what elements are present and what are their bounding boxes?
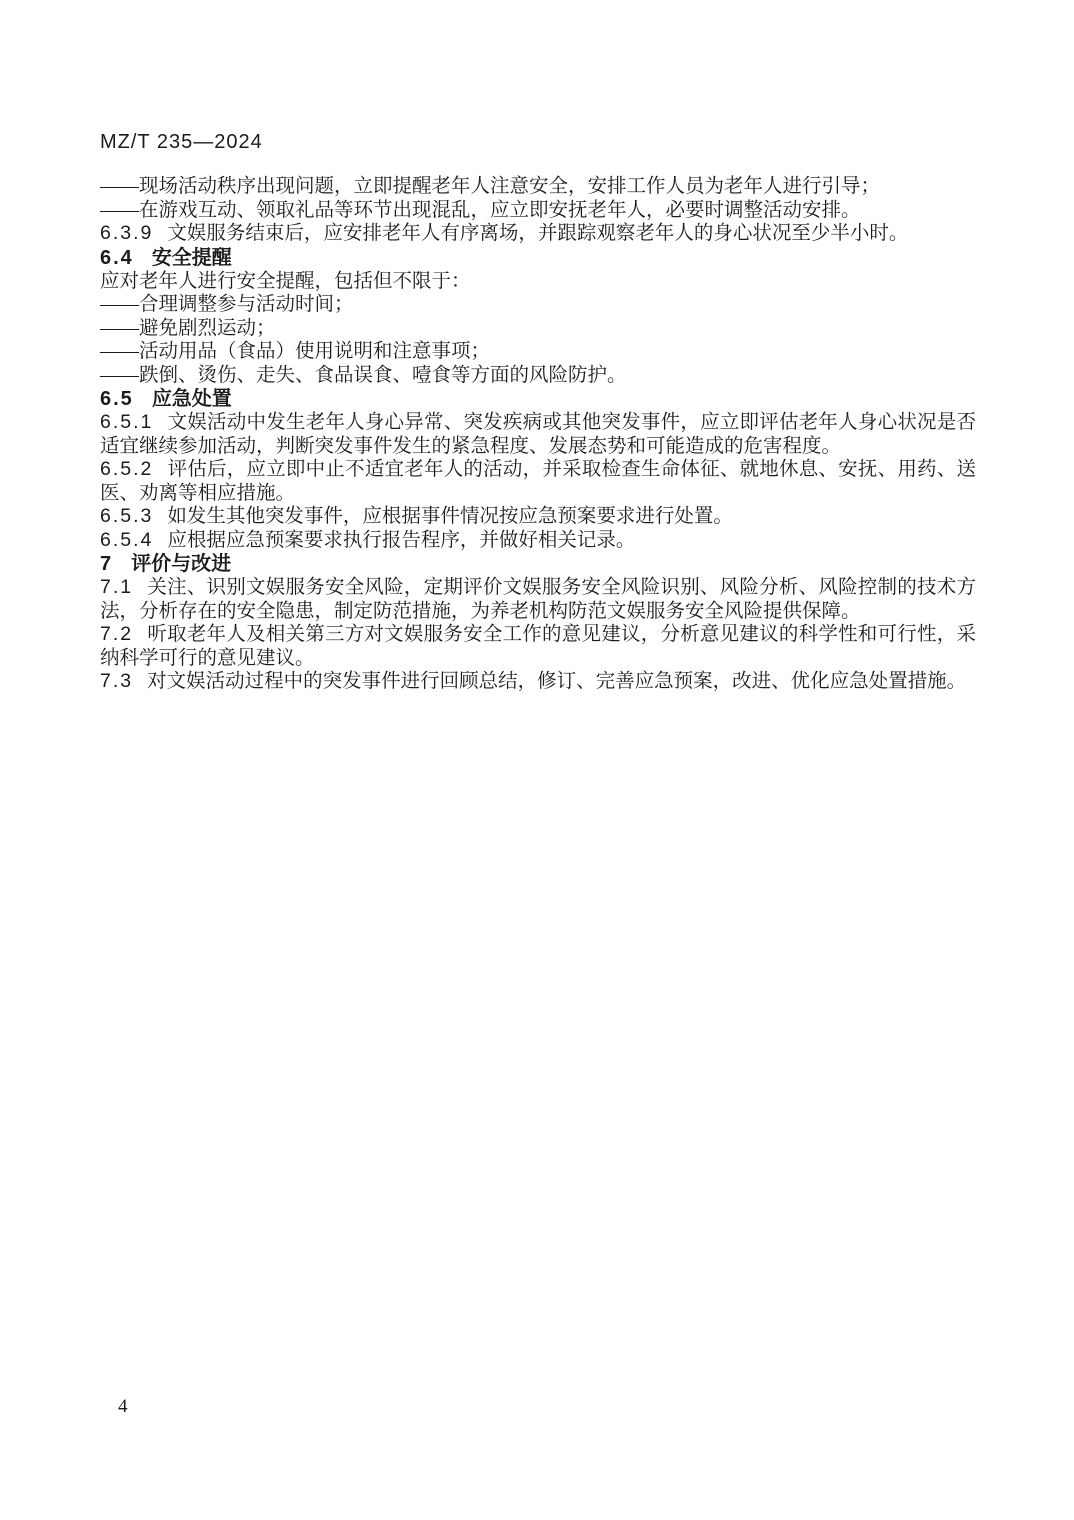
document-body: ——现场活动秩序出现问题，立即提醒老年人注意安全，安排工作人员为老年人进行引导；… [100, 175, 976, 694]
clause-number: 6.5.1 [100, 411, 153, 433]
clause-paragraph: 7.1关注、识别文娱服务安全风险，定期评价文娱服务安全风险识别、风险分析、风险控… [100, 576, 976, 623]
clause-paragraph: 6.5.1文娱活动中发生老年人身心异常、突发疾病或其他突发事件，应立即评估老年人… [100, 411, 976, 458]
clause-text: 文娱服务结束后，应安排老年人有序离场，并跟踪观察老年人的身心状况至少半小时。 [167, 223, 908, 244]
clause-number: 6.5.4 [100, 529, 153, 551]
clause-number: 6.5.3 [100, 505, 153, 527]
clause-paragraph: 6.3.9文娱服务结束后，应安排老年人有序离场，并跟踪观察老年人的身心状况至少半… [100, 222, 976, 246]
section-heading: 6.4安全提醒 [100, 246, 976, 270]
dash-list-item: ——跌倒、烫伤、走失、食品误食、噎食等方面的风险防护。 [100, 364, 976, 388]
body-paragraph: 应对老年人进行安全提醒，包括但不限于： [100, 270, 976, 294]
clause-number: 7.1 [100, 576, 133, 598]
heading-title: 评价与改进 [131, 553, 231, 575]
clause-paragraph: 6.5.2评估后，应立即中止不适宜老年人的活动，并采取检查生命体征、就地休息、安… [100, 458, 976, 505]
heading-title: 应急处置 [152, 388, 232, 410]
clause-text: 文娱活动中发生老年人身心异常、突发疾病或其他突发事件，应立即评估老年人身心状况是… [100, 412, 976, 457]
dash-list-item: ——在游戏互动、领取礼品等环节出现混乱，应立即安抚老年人，必要时调整活动安排。 [100, 199, 976, 223]
heading-number: 7 [100, 553, 113, 575]
clause-text: 对文娱活动过程中的突发事件进行回顾总结，修订、完善应急预案，改进、优化应急处置措… [147, 671, 966, 692]
clause-text: 关注、识别文娱服务安全风险，定期评价文娱服务安全风险识别、风险分析、风险控制的技… [100, 577, 976, 622]
clause-text: 听取老年人及相关第三方对文娱服务安全工作的意见建议，分析意见建议的科学性和可行性… [100, 624, 976, 669]
clause-group: 6.5.1文娱活动中发生老年人身心异常、突发疾病或其他突发事件，应立即评估老年人… [100, 411, 976, 552]
clause-text: 评估后，应立即中止不适宜老年人的活动，并采取检查生命体征、就地休息、安抚、用药、… [100, 459, 976, 504]
section-heading: 6.5应急处置 [100, 387, 976, 411]
document-page: MZ/T 235—2024 ——现场活动秩序出现问题，立即提醒老年人注意安全，安… [0, 0, 1074, 1520]
dash-list-item: ——现场活动秩序出现问题，立即提醒老年人注意安全，安排工作人员为老年人进行引导； [100, 175, 976, 199]
clause-text: 应根据应急预案要求执行报告程序，并做好相关记录。 [167, 530, 635, 551]
clause-number: 7.3 [100, 670, 133, 692]
clause-group: 7.1关注、识别文娱服务安全风险，定期评价文娱服务安全风险识别、风险分析、风险控… [100, 576, 976, 694]
heading-number: 6.5 [100, 388, 134, 410]
clause-number: 7.2 [100, 623, 133, 645]
document-header-code: MZ/T 235—2024 [100, 131, 263, 154]
clause-text: 如发生其他突发事件，应根据事件情况按应急预案要求进行处置。 [167, 506, 733, 527]
clause-paragraph: 7.2听取老年人及相关第三方对文娱服务安全工作的意见建议，分析意见建议的科学性和… [100, 623, 976, 670]
dash-list-item: ——避免剧烈运动； [100, 317, 976, 341]
section-heading: 7评价与改进 [100, 552, 976, 576]
clause-number: 6.5.2 [100, 458, 153, 480]
dash-list-item: ——合理调整参与活动时间； [100, 293, 976, 317]
clause-paragraph: 6.5.4应根据应急预案要求执行报告程序，并做好相关记录。 [100, 529, 976, 553]
clause-paragraph: 6.5.3如发生其他突发事件，应根据事件情况按应急预案要求进行处置。 [100, 505, 976, 529]
clause-number: 6.3.9 [100, 222, 153, 244]
heading-title: 安全提醒 [152, 247, 232, 269]
heading-number: 6.4 [100, 247, 134, 269]
page-number: 4 [118, 1396, 128, 1418]
dash-list-item: ——活动用品（食品）使用说明和注意事项； [100, 340, 976, 364]
clause-paragraph: 7.3对文娱活动过程中的突发事件进行回顾总结，修订、完善应急预案，改进、优化应急… [100, 670, 976, 694]
